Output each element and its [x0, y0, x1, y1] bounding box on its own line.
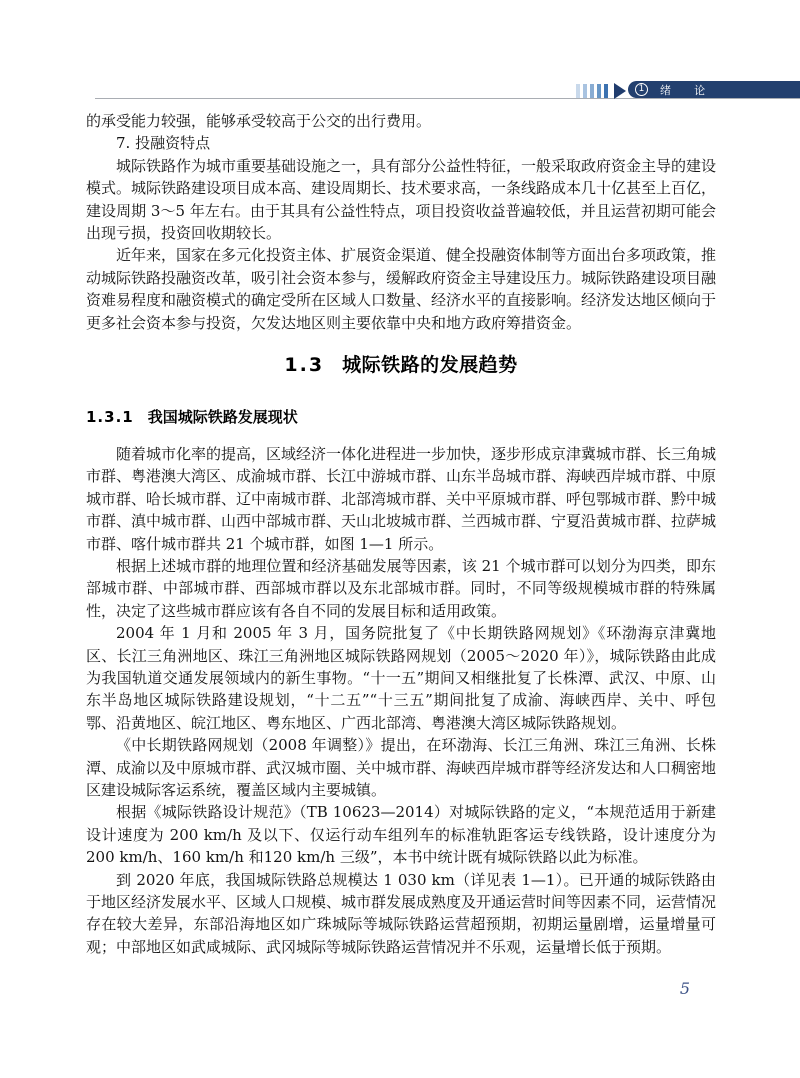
- paragraph-financing-policy: 近年来，国家在多元化投资主体、扩展资金渠道、健全投融资体制等方面出台多项政策，推…: [86, 244, 716, 334]
- chapter-number-badge: 1: [635, 83, 648, 96]
- section-title: 城际铁路的发展趋势: [342, 354, 518, 376]
- deco-bar-icon: [604, 84, 608, 98]
- book-page: 1 绪 论 的承受能力较强，能够承受较高于公交的出行费用。 7. 投融资特点 城…: [0, 0, 800, 1078]
- deco-bar-icon: [590, 84, 594, 98]
- chapter-banner: 1 绪 论: [628, 81, 800, 98]
- deco-bar-icon: [597, 84, 601, 98]
- header-rule: [95, 98, 800, 99]
- paragraph-continuation: 的承受能力较强，能够承受较高于公交的出行费用。: [86, 110, 716, 132]
- deco-bar-icon: [583, 84, 587, 98]
- page-number: 5: [680, 979, 690, 998]
- paragraph-investment-traits: 城际铁路作为城市重要基础设施之一，具有部分公益性特征，一般采取政府资金主导的建设…: [86, 155, 716, 245]
- header-decoration: [576, 83, 626, 99]
- paragraph-2008-adjustment: 《中长期铁路网规划（2008 年调整）》提出，在环渤海、长江三角洲、珠江三角洲、…: [86, 734, 716, 801]
- subsection-heading: 1.3.1我国城际铁路发展现状: [86, 406, 716, 428]
- subsection-title: 我国城际铁路发展现状: [148, 408, 298, 426]
- list-item-heading: 7. 投融资特点: [86, 132, 716, 154]
- section-heading: 1.3城际铁路的发展趋势: [86, 354, 716, 376]
- subsection-number: 1.3.1: [86, 408, 134, 426]
- paragraph-railway-plans: 2004 年 1 月和 2005 年 3 月，国务院批复了《中长期铁路网规划》《…: [86, 622, 716, 734]
- chapter-title: 绪 论: [660, 82, 711, 98]
- arrow-right-icon: [614, 83, 626, 99]
- paragraph-scale-2020: 到 2020 年底，我国城际铁路总规模达 1 030 km（详见表 1—1）。已…: [86, 869, 716, 959]
- text-column: 的承受能力较强，能够承受较高于公交的出行费用。 7. 投融资特点 城际铁路作为城…: [86, 110, 716, 958]
- paragraph-urban-clusters: 随着城市化率的提高，区域经济一体化进程进一步加快，逐步形成京津冀城市群、长三角城…: [86, 443, 716, 555]
- section-number: 1.3: [284, 354, 324, 376]
- paragraph-cluster-classification: 根据上述城市群的地理位置和经济基础发展等因素，该 21 个城市群可以划分为四类，…: [86, 555, 716, 622]
- deco-bar-icon: [576, 84, 580, 98]
- paragraph-design-spec: 根据《城际铁路设计规范》（TB 10623—2014）对城际铁路的定义，“本规范…: [86, 801, 716, 868]
